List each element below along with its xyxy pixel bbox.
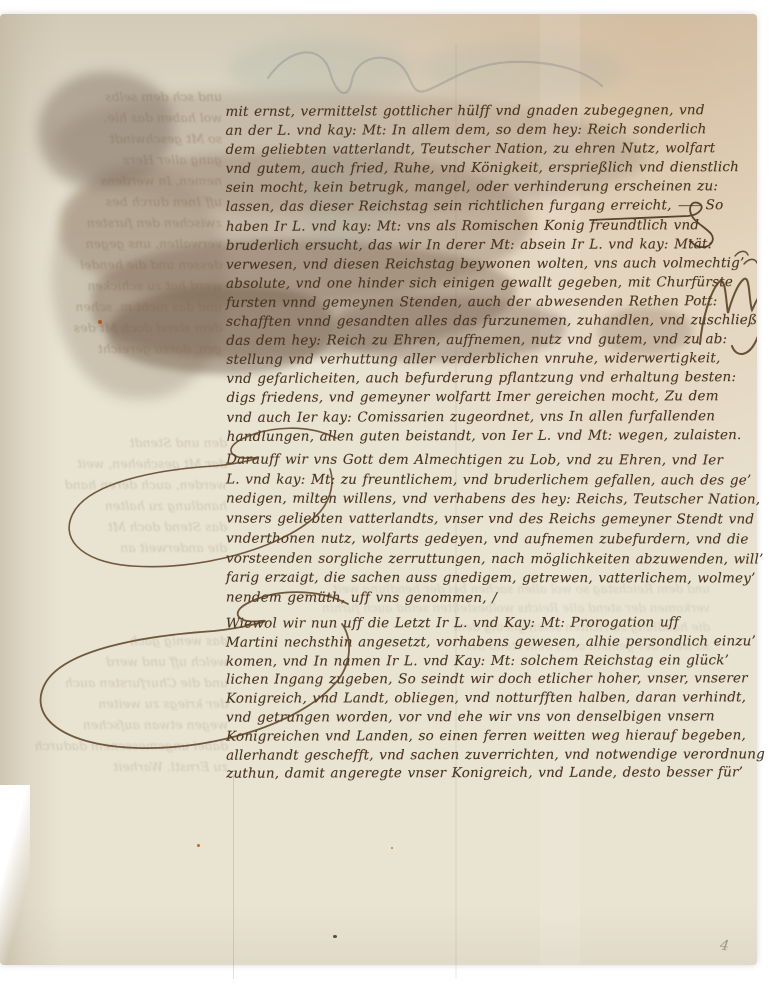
- ghost-line: uff Inen durch bes: [50, 191, 222, 212]
- ghost-line: und das nicht m. schen: [50, 296, 222, 317]
- ghost-line: zu Ernstl. Warheit: [48, 756, 228, 777]
- ghost-line: und sch dem selbs: [50, 86, 222, 107]
- manuscript-line: farig erzaigt, die sachen auss gnedigem,…: [226, 569, 748, 590]
- manuscript-line: L. vnd kay: Mt: zu freuntlichem, vnd bru…: [226, 470, 748, 491]
- manuscript-line: allerhandt geschefft, vnd sachen zuverri…: [226, 745, 748, 765]
- ghost-line: wol haben das hie,: [50, 107, 222, 128]
- manuscript-line: vnd getrungen worden, vor vnd ehe wir vn…: [226, 707, 748, 727]
- bleed-through-margin-lower: das wenig gachwelch uff und werdund die …: [48, 630, 228, 777]
- ghost-line: nemen, In werdens: [50, 170, 222, 191]
- manuscript-line: stellung vnd verhuttung aller verderblic…: [226, 349, 748, 370]
- ghost-line: zwischen den fursten: [50, 212, 222, 233]
- manuscript-line: Darauff wir vns Gott dem Almechtigen zu …: [226, 451, 748, 472]
- ghost-line: verwalten, uns gegen: [50, 233, 222, 254]
- ghost-line: und die Churfursten auch: [48, 672, 228, 693]
- ghost-line: den und Stendt: [62, 432, 227, 453]
- manuscript-line: vnd gefarlicheiten, auch befurderung pfl…: [226, 368, 748, 389]
- crease-line: [233, 774, 234, 979]
- manuscript-line: haben Ir L. vnd kay: Mt: vns als Romisch…: [226, 216, 748, 237]
- blue-smudge: [228, 38, 413, 100]
- manuscript-line: zuthun, damit angeregte vnser Konigreich…: [226, 764, 748, 784]
- manuscript-line: an der L. vnd kay: Mt: In allem dem, so …: [225, 120, 747, 141]
- manuscript-line: schafften vnnd gesandten alles das furzu…: [226, 311, 748, 332]
- manuscript-line: digs friedens, vnd gemeyner wolfartt Ime…: [226, 387, 748, 408]
- ghost-line: handlung zu halten: [62, 495, 227, 516]
- manuscript-line: Martini nechsthin angesetzt, vorhabens g…: [226, 632, 748, 652]
- ghost-line: werden, auch deren hand: [62, 474, 227, 495]
- ghost-line: dabei ungemessenem dadurch: [48, 735, 228, 756]
- ghost-line: der Mt geschehen, weit: [62, 453, 227, 474]
- manuscript-line: Konigreich, vnd Landt, obliegen, vnd not…: [226, 689, 748, 709]
- manuscript-line: fursten vnnd gemeynen Stenden, auch der …: [226, 292, 748, 313]
- paragraph-2: Darauff wir vns Gott dem Almechtigen zu …: [226, 451, 748, 610]
- manuscript-line: komen, vnd In namen Ir L. vnd Kay: Mt: s…: [226, 651, 748, 671]
- manuscript-line: verwesen, vnd diesen Reichstag beywonen …: [226, 254, 748, 275]
- manuscript-line: absolute, vnd one hinder sich einigen ge…: [226, 273, 748, 294]
- ghost-line: die anderweit an: [62, 537, 227, 558]
- bottom-left-wedge: [0, 785, 30, 965]
- ink-speck: [197, 844, 200, 847]
- manuscript-page: und sch dem selbswol haben das hie,so Mt…: [0, 14, 757, 965]
- manuscript-line: nedigen, milten willens, vnd verhabens d…: [226, 490, 748, 511]
- ghost-line: gang aller Herz: [50, 149, 222, 170]
- manuscript-line: lassen, das dieser Reichstag sein richtl…: [226, 197, 748, 218]
- bleed-through-margin-mid: den und Stendtder Mt geschehen, weitwerd…: [62, 432, 227, 558]
- manuscript-line: vnd gutem, auch fried, Ruhe, vnd Königke…: [226, 158, 748, 179]
- ghost-line: welch uff und werd: [48, 651, 228, 672]
- manuscript-line: vnsers geliebten vatterlandts, vnser vnd…: [226, 510, 748, 531]
- ink-speck: [391, 847, 393, 849]
- manuscript-line: lichen Ingang zugeben, So seindt wir doc…: [226, 670, 748, 690]
- ghost-line: werd hat zu schicken: [50, 275, 222, 296]
- manuscript-line: sein mocht, kein betrugk, mangel, oder v…: [226, 177, 748, 198]
- ghost-line: gen, darzu gereicht: [50, 338, 222, 359]
- folio-number: 4: [719, 937, 730, 954]
- ghost-line: das wenig gach: [48, 630, 228, 651]
- scan-canvas: { "page": { "kind": "handwritten manuscr…: [0, 0, 783, 989]
- manuscript-line: Wiewol wir nun uff die Letzt Ir L. vnd K…: [226, 613, 748, 633]
- manuscript-line: bruderlich ersucht, das wir In derer Mt:…: [226, 235, 748, 256]
- ghost-line: dessen und die hendel: [50, 254, 222, 275]
- manuscript-line: vnderthonen nutz, wolfarts gedeyen, vnd …: [226, 529, 748, 550]
- ghost-line: das Stend doch Mt: [62, 516, 227, 537]
- manuscript-line: Konigreichen vnd Landen, so einen ferren…: [226, 726, 748, 746]
- bleed-through-margin-upper: und sch dem selbswol haben das hie,so Mt…: [50, 86, 222, 359]
- paragraph-1: mit ernst, vermittelst gottlicher hülff …: [225, 101, 748, 447]
- manuscript-line: das dem hey: Reich zu Ehren, auffnemen, …: [226, 330, 748, 351]
- manuscript-line: vorsteenden sorgliche zerruttungen, nach…: [226, 549, 748, 570]
- ghost-line: wegen etwan aufschen: [48, 714, 228, 735]
- manuscript-line: nendem gemüth, uff vns genommen, /: [226, 588, 748, 609]
- ink-speck: [333, 935, 337, 938]
- blue-smudge: [420, 42, 625, 100]
- ghost-line: so Mt geschwindt: [50, 128, 222, 149]
- manuscript-line: vnd auch Ier kay: Comissarien zugeordnet…: [226, 407, 748, 428]
- manuscript-line: mit ernst, vermittelst gottlicher hülff …: [225, 101, 747, 122]
- ghost-line: der kriegs zu weiten: [48, 693, 228, 714]
- manuscript-line: dem geliebten vatterlandt, Teutscher Nat…: [226, 139, 748, 160]
- paragraph-3: Wiewol wir nun uff die Letzt Ir L. vnd K…: [226, 613, 748, 784]
- ghost-line: dem stend doch Mt des: [50, 317, 222, 338]
- manuscript-line: handlungen, allen guten beistandt, von I…: [227, 426, 749, 447]
